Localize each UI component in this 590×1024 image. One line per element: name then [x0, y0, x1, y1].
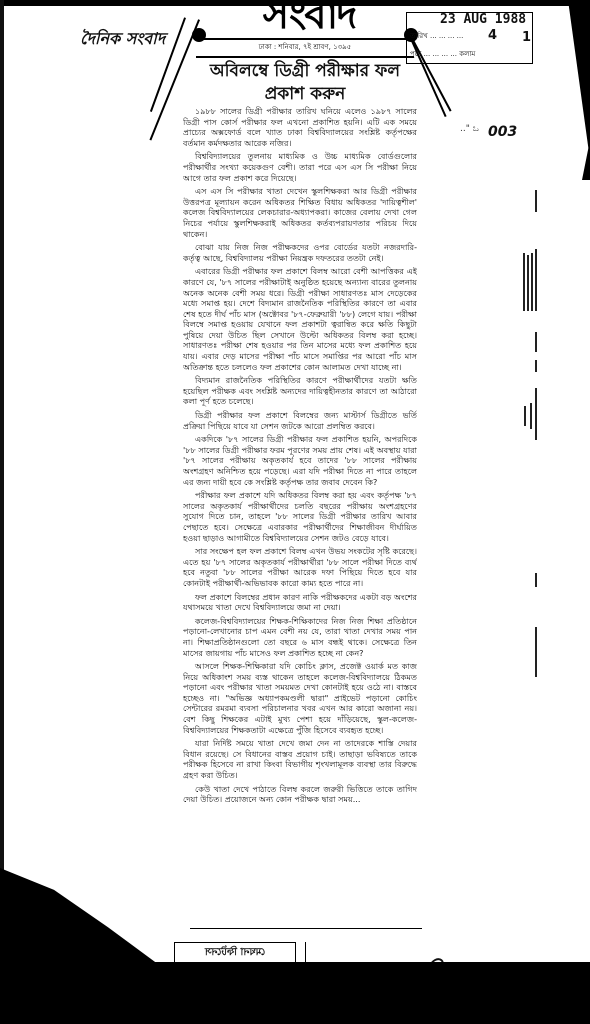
scan-edge-right-top [568, 0, 590, 160]
article-paragraph: একদিকে '৮৭ সালের ডিগ্রী পরীক্ষার ফল প্রক… [183, 434, 417, 487]
article-paragraph: ডিগ্রী পরীক্ষার ফল প্রকাশে বিলম্বের জন্য… [183, 410, 417, 431]
article-paragraph: এস এস সি পরীক্ষার খাতা দেখেন স্কুলশিক্ষক… [183, 186, 417, 239]
article-paragraph: পরীক্ষার ফল প্রকাশে যদি অধিকতর বিলম্ব কর… [183, 490, 417, 543]
margin-mark [535, 573, 537, 587]
article-headline: অবিলম্বে ডিগ্রী পরীক্ষার ফল প্রকাশ করুন [196, 60, 414, 106]
margin-mark [535, 190, 537, 212]
reference-prefix: .." ಒ [460, 124, 479, 134]
margin-mark [530, 403, 532, 429]
margin-mark [531, 253, 533, 311]
article-paragraph: কলেজ-বিশ্ববিদ্যালয়ের শিক্ষক-শিক্ষিকাদের… [183, 616, 417, 658]
stamp-handwritten-value-2: 1 [522, 30, 531, 45]
article-paragraph: কেউ খাতা দেখে পাঠাতে বিলম্ব করলে জরুরী ভ… [183, 784, 417, 805]
stamp-handwritten-value: 4 [488, 28, 497, 43]
article-paragraph: এবারের ডিগ্রী পরীক্ষার ফল প্রকাশে বিলম্ব… [183, 266, 417, 372]
margin-mark [524, 406, 526, 426]
reference-number: 003 [488, 124, 517, 140]
margin-mark [535, 332, 537, 352]
stamp-date: 23 AUG 1988 [440, 12, 526, 27]
margin-mark [527, 255, 529, 311]
headline-line-1: অবিলম্বে ডিগ্রী পরীক্ষার ফল [196, 60, 414, 83]
article-paragraph: ফল প্রকাশে বিলম্বের প্রধান কারণ নাকি পরী… [183, 592, 417, 613]
stamp-row-page: পৃষ্ঠা ... ... ... ... কলাম [410, 48, 475, 60]
margin-mark [535, 360, 537, 372]
article-paragraph: ১৯৮৮ সালের ডিগ্রী পরীক্ষার তারিখ ঘনিয়ে … [183, 106, 417, 148]
margin-mark [535, 388, 537, 440]
article-paragraph: আসলে শিক্ষক-শিক্ষিকারা যদি কোচিং ক্লাস, … [183, 661, 417, 735]
masthead-logo: সংবাদ [196, 0, 422, 32]
dateline-rule-top [196, 38, 414, 40]
article-paragraph: সার সংক্ষেপ হল ফল প্রকাশে বিলম্ব এখন উভয… [183, 546, 417, 588]
article-paragraph: যারা নির্দিষ্ট সময়ে খাতা দেখে জমা দেন ন… [183, 738, 417, 780]
masthead-paper-name: দৈনিক সংবাদ [80, 26, 165, 53]
article-paragraph: বিদ্যমান রাজনৈতিক পরিস্থিতির কারণে পরীক্… [183, 375, 417, 407]
clip-bottom-rule [190, 928, 422, 929]
article-paragraph: বোঝা যায় নিজ নিজ পরীক্ষকদের ওপর বোর্ডের… [183, 242, 417, 263]
margin-mark [535, 627, 537, 677]
scan-edge-bottom [0, 962, 590, 1024]
dateline-rule-bottom [196, 56, 414, 58]
article-paragraph: বিশ্ববিদ্যালয়ের তুলনায় মাধ্যমিক ও উচ্চ… [183, 151, 417, 183]
dateline: ঢাকা : শনিবার, ৭ই শ্রাবণ, ১৩৯৫ [196, 41, 414, 53]
stamp-label-date: তারিখ [410, 32, 428, 40]
stamp-row-date: তারিখ ... ... ... ... [410, 30, 463, 42]
article-body: ১৯৮৮ সালের ডিগ্রী পরীক্ষার তারিখ ঘনিয়ে … [183, 106, 417, 918]
stamp-dots: ... ... ... ... [430, 32, 463, 40]
headline-line-2: প্রকাশ করুন [196, 83, 414, 106]
margin-mark [523, 253, 525, 311]
stamp-label-column: কলাম [459, 50, 475, 58]
stamp-label-page: পৃষ্ঠা [410, 50, 421, 58]
margin-mark [535, 249, 537, 311]
